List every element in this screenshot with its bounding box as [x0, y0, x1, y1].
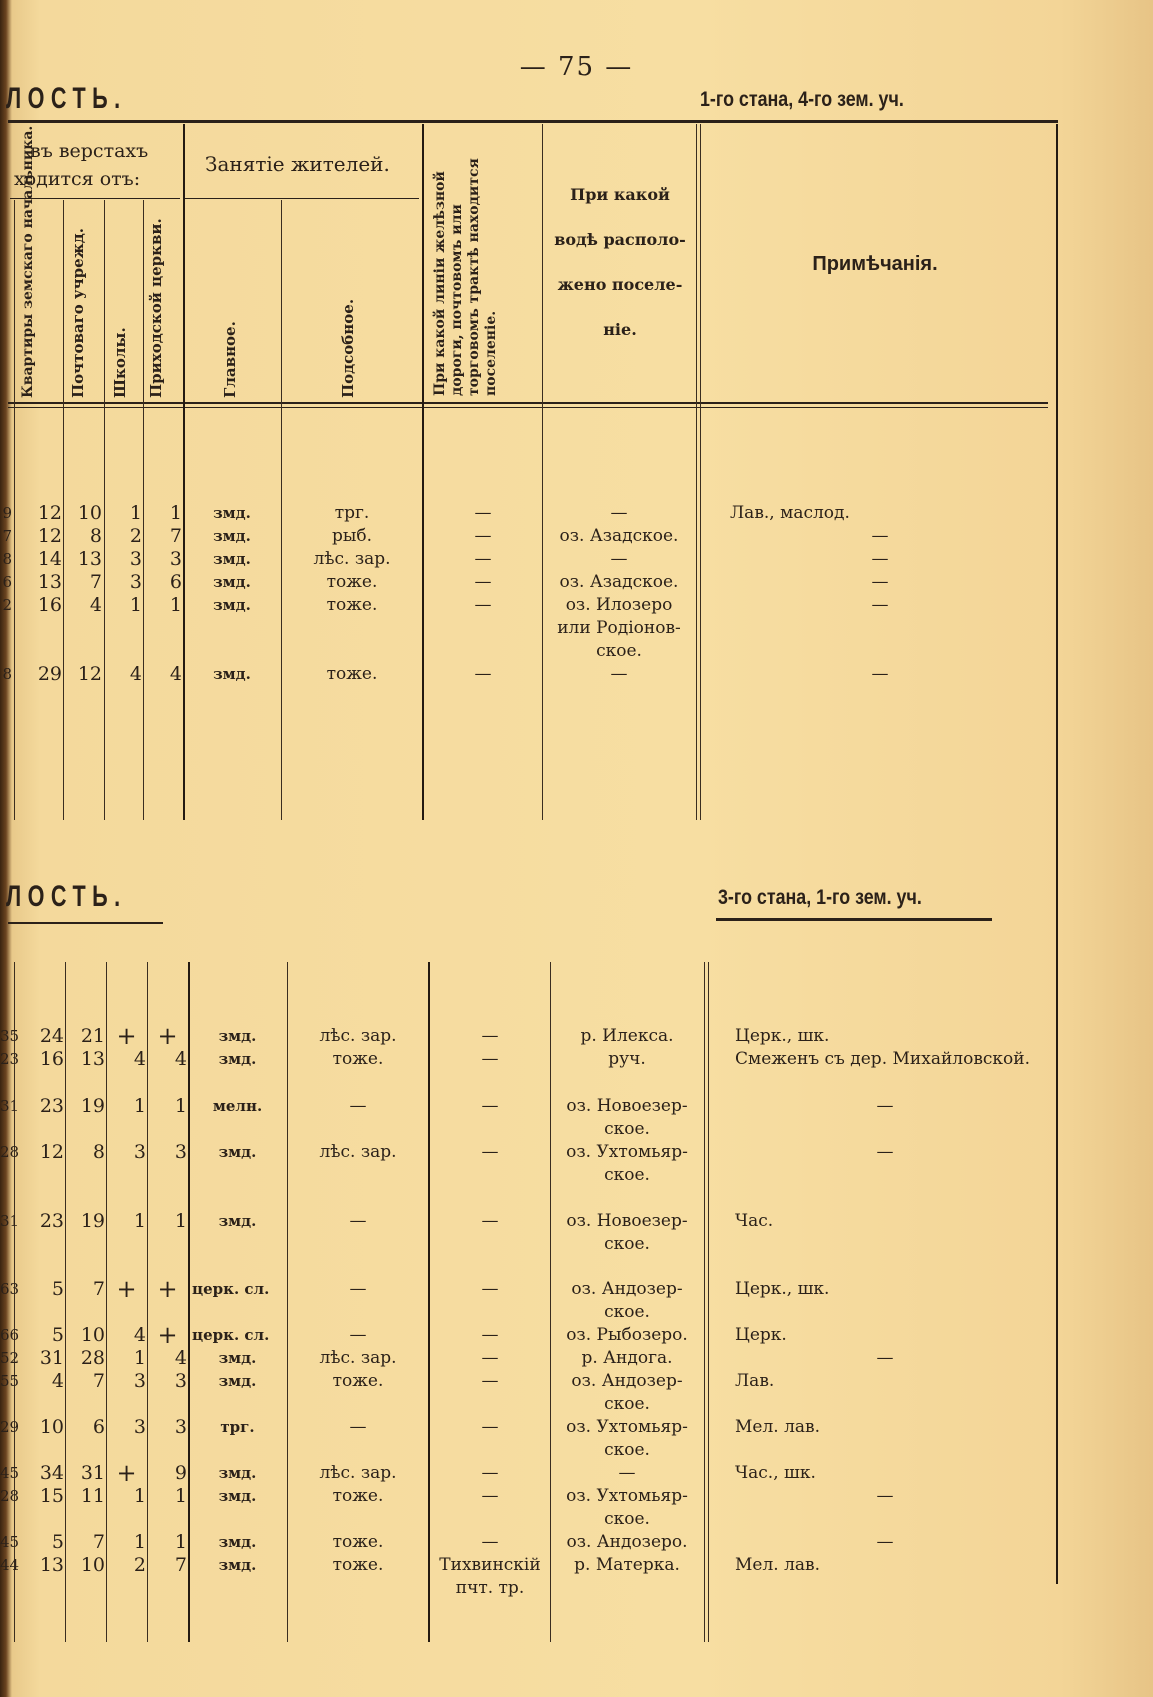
zemsky-distance: 34 — [20, 1462, 64, 1484]
zemsky-distance: 16 — [20, 594, 62, 616]
postal-distance: 12 — [64, 663, 102, 685]
zemsky-distance: 12 — [20, 1141, 64, 1163]
note: Смеженъ съ дер. Михайловской. — [735, 1048, 1030, 1070]
cut-number: 31 — [0, 1210, 14, 1232]
school-distance: + — [107, 1278, 146, 1300]
school-distance: + — [107, 1025, 146, 1047]
main-occupation: змд. — [184, 502, 280, 524]
header-top-rule — [8, 120, 1058, 123]
church-distance: 3 — [148, 1370, 187, 1392]
water: оз. Азадское. — [543, 571, 695, 593]
church-distance: 3 — [144, 548, 182, 570]
postal-distance: 13 — [64, 548, 102, 570]
main-occupation: змд. — [189, 1485, 286, 1507]
water-line2: ское. — [551, 1439, 703, 1461]
water: оз. Андозер- — [551, 1370, 703, 1392]
postal-distance: 11 — [66, 1485, 105, 1507]
col-header-zemsky: Квартиры земскаго начальника. — [20, 212, 36, 398]
zemsky-distance: 24 — [20, 1025, 64, 1047]
postal-distance: 10 — [66, 1554, 105, 1576]
water: оз. Ухтомьяр- — [551, 1485, 703, 1507]
col-header-school: Школы. — [112, 212, 129, 398]
school-distance: 1 — [105, 594, 142, 616]
road: — — [430, 1210, 550, 1232]
postal-distance: 7 — [64, 571, 102, 593]
water: оз. Андозеро. — [551, 1531, 703, 1553]
cut-number: 28 — [0, 1485, 14, 1507]
col-header-water-4: ніе. — [545, 320, 695, 339]
church-distance: 1 — [148, 1531, 187, 1553]
church-distance: 3 — [148, 1141, 187, 1163]
water: оз. Андозер- — [551, 1278, 703, 1300]
col-header-water-1: При какой — [545, 185, 695, 204]
church-distance: 7 — [148, 1554, 187, 1576]
volost-title-2: ЛОСТЬ. — [6, 880, 127, 914]
road: — — [430, 1531, 550, 1553]
cut-number: 45 — [0, 1531, 14, 1553]
school-distance: 4 — [105, 663, 142, 685]
col-header-water-2: водѣ располо- — [545, 230, 695, 249]
note: — — [840, 663, 920, 685]
cut-number: 8 — [0, 663, 12, 685]
zemsky-distance: 15 — [20, 1485, 64, 1507]
note: Час. — [735, 1210, 773, 1232]
church-distance: 4 — [148, 1048, 187, 1070]
school-distance: 2 — [105, 525, 142, 547]
church-distance: + — [148, 1324, 187, 1346]
note: Час., шк. — [735, 1462, 816, 1484]
main-occupation: мелн. — [189, 1095, 286, 1117]
main-occupation: церк. сл. — [192, 1278, 287, 1300]
main-occupation: змд. — [189, 1531, 286, 1553]
water: руч. — [551, 1048, 703, 1070]
water-line3: ское. — [543, 640, 695, 662]
zemsky-distance: 31 — [20, 1347, 64, 1369]
main-occupation: змд. — [189, 1025, 286, 1047]
water: р. Матерка. — [551, 1554, 703, 1576]
aux-occupation: тоже. — [288, 1485, 428, 1507]
volost-title-1: ЛОСТЬ. — [6, 82, 127, 116]
col-header-water-3: жено поселе- — [545, 275, 695, 294]
page-number: — 75 — — [0, 52, 1153, 82]
note: Мел. лав. — [735, 1416, 820, 1438]
cut-number: 28 — [0, 1141, 14, 1163]
cut-number: 7 — [0, 525, 12, 547]
road-line2: пчт. тр. — [430, 1577, 550, 1599]
road: Тихвинскій — [430, 1554, 550, 1576]
main-occupation: змд. — [184, 571, 280, 593]
aux-occupation: рыб. — [282, 525, 422, 547]
postal-distance: 8 — [64, 525, 102, 547]
zemsky-distance: 5 — [20, 1278, 64, 1300]
aux-occupation: лѣс. зар. — [282, 548, 422, 570]
main-occupation: змд. — [189, 1210, 286, 1232]
school-distance: 1 — [107, 1347, 146, 1369]
aux-occupation: — — [288, 1324, 428, 1346]
road: — — [430, 1324, 550, 1346]
school-distance: 3 — [105, 571, 142, 593]
school-distance: 1 — [107, 1531, 146, 1553]
zemsky-distance: 13 — [20, 1554, 64, 1576]
main-occupation: трг. — [189, 1416, 286, 1438]
aux-occupation: тоже. — [288, 1531, 428, 1553]
col-header-church: Приходской церкви. — [148, 205, 165, 398]
church-distance: 4 — [144, 663, 182, 685]
col-divider — [696, 124, 697, 820]
col-divider — [700, 124, 701, 820]
postal-distance: 7 — [66, 1370, 105, 1392]
aux-occupation: тоже. — [288, 1554, 428, 1576]
header-bottom-rule — [8, 402, 1048, 404]
col-divider — [708, 962, 709, 1642]
aux-occupation: лѣс. зар. — [288, 1347, 428, 1369]
road: — — [430, 1347, 550, 1369]
postal-distance: 28 — [66, 1347, 105, 1369]
zemsky-distance: 5 — [20, 1324, 64, 1346]
road: — — [430, 1048, 550, 1070]
aux-occupation: тоже. — [288, 1048, 428, 1070]
col-divider — [14, 200, 15, 820]
road: — — [430, 1141, 550, 1163]
water: — — [551, 1462, 703, 1484]
church-distance: + — [148, 1278, 187, 1300]
main-occupation: змд. — [184, 663, 280, 685]
note: — — [845, 1531, 925, 1553]
aux-occupation: лѣс. зар. — [288, 1462, 428, 1484]
water: оз. Ухтомьяр- — [551, 1141, 703, 1163]
postal-distance: 19 — [66, 1095, 105, 1117]
postal-distance: 7 — [66, 1278, 105, 1300]
zemsky-distance: 23 — [20, 1095, 64, 1117]
church-distance: 4 — [148, 1347, 187, 1369]
cut-number: 9 — [0, 502, 12, 524]
col-divider — [704, 962, 705, 1642]
school-distance: 2 — [107, 1554, 146, 1576]
note: — — [845, 1347, 925, 1369]
road: — — [424, 571, 542, 593]
aux-occupation: тоже. — [288, 1370, 428, 1392]
zemsky-distance: 29 — [20, 663, 62, 685]
church-distance: 1 — [148, 1095, 187, 1117]
water-line2: ское. — [551, 1233, 703, 1255]
aux-occupation: тоже. — [282, 663, 422, 685]
cut-number: 23 — [0, 1048, 14, 1070]
volost-title-2-underline — [8, 922, 163, 924]
water-line2: ское. — [551, 1508, 703, 1530]
main-occupation: змд. — [189, 1554, 286, 1576]
main-occupation: змд. — [184, 525, 280, 547]
cut-number: 45 — [0, 1462, 14, 1484]
cut-number: 31 — [0, 1095, 14, 1117]
church-distance: 7 — [144, 525, 182, 547]
road: — — [430, 1416, 550, 1438]
main-occupation: змд. — [184, 548, 280, 570]
school-distance: 1 — [107, 1095, 146, 1117]
water-line2: ское. — [551, 1118, 703, 1140]
school-distance: 1 — [105, 502, 142, 524]
aux-occupation: тоже. — [282, 594, 422, 616]
zemsky-distance: 10 — [20, 1416, 64, 1438]
zemsky-distance: 5 — [20, 1531, 64, 1553]
water: — — [543, 663, 695, 685]
cut-number: 8 — [0, 548, 12, 570]
stan-title-2: 3-го стана, 1-го зем. уч. — [718, 886, 922, 910]
cut-number: 63 — [0, 1278, 14, 1300]
cut-number: 55 — [0, 1370, 14, 1392]
water-line2: или Родіонов- — [543, 617, 695, 639]
postal-distance: 6 — [66, 1416, 105, 1438]
school-distance: 3 — [107, 1141, 146, 1163]
col-header-aux: Подсобное. — [340, 212, 357, 398]
header-bottom-rule-2 — [8, 407, 1048, 408]
church-distance: 3 — [148, 1416, 187, 1438]
postal-distance: 8 — [66, 1141, 105, 1163]
postal-distance: 10 — [66, 1324, 105, 1346]
postal-distance: 19 — [66, 1210, 105, 1232]
road: — — [424, 663, 542, 685]
church-distance: 1 — [148, 1485, 187, 1507]
road: — — [424, 594, 542, 616]
water: оз. Илозеро — [543, 594, 695, 616]
zemsky-distance: 16 — [20, 1048, 64, 1070]
cut-number: 2 — [0, 594, 12, 616]
aux-occupation: — — [288, 1095, 428, 1117]
school-distance: 3 — [107, 1416, 146, 1438]
church-distance: 1 — [144, 502, 182, 524]
note: Церк., шк. — [735, 1278, 829, 1300]
zemsky-distance: 13 — [20, 571, 62, 593]
road: — — [424, 502, 542, 524]
road: — — [424, 525, 542, 547]
school-distance: 4 — [107, 1048, 146, 1070]
water: оз. Рыбозеро. — [551, 1324, 703, 1346]
road: — — [430, 1025, 550, 1047]
note: — — [845, 1095, 925, 1117]
occupation-group-label: Занятіе жителей. — [205, 152, 390, 176]
road: — — [430, 1278, 550, 1300]
church-distance: 9 — [148, 1462, 187, 1484]
church-distance: 1 — [144, 594, 182, 616]
road: — — [430, 1462, 550, 1484]
water-line2: ское. — [551, 1301, 703, 1323]
col-header-road: При какой линіи желѣзной дороги, почтово… — [432, 138, 500, 396]
main-occupation: змд. — [189, 1462, 286, 1484]
water: — — [543, 548, 695, 570]
zemsky-distance: 14 — [20, 548, 62, 570]
zemsky-distance: 12 — [20, 525, 62, 547]
water: оз. Новоезер- — [551, 1095, 703, 1117]
note: — — [840, 571, 920, 593]
aux-occupation: трг. — [282, 502, 422, 524]
col-divider — [422, 124, 424, 820]
water: оз. Новоезер- — [551, 1210, 703, 1232]
stan-title-2-underline — [716, 918, 992, 921]
church-distance: 6 — [144, 571, 182, 593]
aux-occupation: — — [288, 1210, 428, 1232]
road: — — [430, 1485, 550, 1507]
water: р. Илекса. — [551, 1025, 703, 1047]
main-occupation: змд. — [189, 1048, 286, 1070]
note: Церк., шк. — [735, 1025, 829, 1047]
occupation-group-underline — [184, 198, 419, 199]
cut-number: 35 — [0, 1025, 14, 1047]
road: — — [430, 1370, 550, 1392]
cut-number: 29 — [0, 1416, 14, 1438]
school-distance: 1 — [107, 1210, 146, 1232]
main-occupation: змд. — [184, 594, 280, 616]
postal-distance: 21 — [66, 1025, 105, 1047]
water: оз. Азадское. — [543, 525, 695, 547]
water: оз. Ухтомьяр- — [551, 1416, 703, 1438]
road: — — [424, 548, 542, 570]
school-distance: 1 — [107, 1485, 146, 1507]
col-header-notes: Примѣчанія. — [700, 253, 1050, 276]
school-distance: + — [107, 1462, 146, 1484]
school-distance: 4 — [107, 1324, 146, 1346]
postal-distance: 31 — [66, 1462, 105, 1484]
postal-distance: 10 — [64, 502, 102, 524]
note: Мел. лав. — [735, 1554, 820, 1576]
church-distance: 1 — [148, 1210, 187, 1232]
postal-distance: 4 — [64, 594, 102, 616]
note: Церк. — [735, 1324, 787, 1346]
stan-title-1: 1-го стана, 4-го зем. уч. — [700, 88, 904, 112]
note: Лав., маслод. — [730, 502, 850, 524]
right-border — [1056, 124, 1058, 1584]
main-occupation: змд. — [189, 1347, 286, 1369]
zemsky-distance: 23 — [20, 1210, 64, 1232]
water: р. Андога. — [551, 1347, 703, 1369]
aux-occupation: — — [288, 1416, 428, 1438]
church-distance: + — [148, 1025, 187, 1047]
col-divider — [542, 124, 543, 820]
main-occupation: церк. сл. — [192, 1324, 287, 1346]
school-distance: 3 — [107, 1370, 146, 1392]
cut-number: 66 — [0, 1324, 14, 1346]
postal-distance: 7 — [66, 1531, 105, 1553]
cut-number: 6 — [0, 571, 12, 593]
water-line2: ское. — [551, 1164, 703, 1186]
water-line2: ское. — [551, 1393, 703, 1415]
note: — — [840, 548, 920, 570]
distance-group-label: въ верстахъ — [30, 140, 148, 162]
aux-occupation: — — [288, 1278, 428, 1300]
note: — — [845, 1141, 925, 1163]
aux-occupation: лѣс. зар. — [288, 1025, 428, 1047]
zemsky-distance: 4 — [20, 1370, 64, 1392]
water: — — [543, 502, 695, 524]
main-occupation: змд. — [189, 1370, 286, 1392]
aux-occupation: лѣс. зар. — [288, 1141, 428, 1163]
col-header-main: Главное. — [222, 212, 239, 398]
postal-distance: 13 — [66, 1048, 105, 1070]
note: — — [840, 525, 920, 547]
note: — — [845, 1485, 925, 1507]
road: — — [430, 1095, 550, 1117]
col-divider — [183, 124, 185, 820]
school-distance: 3 — [105, 548, 142, 570]
note: — — [840, 594, 920, 616]
aux-occupation: тоже. — [282, 571, 422, 593]
cut-number: 44 — [0, 1554, 14, 1576]
zemsky-distance: 12 — [20, 502, 62, 524]
main-occupation: змд. — [189, 1141, 286, 1163]
note: Лав. — [735, 1370, 774, 1392]
col-header-postal: Почтоваго учрежд. — [70, 212, 87, 398]
cut-number: 52 — [0, 1347, 14, 1369]
